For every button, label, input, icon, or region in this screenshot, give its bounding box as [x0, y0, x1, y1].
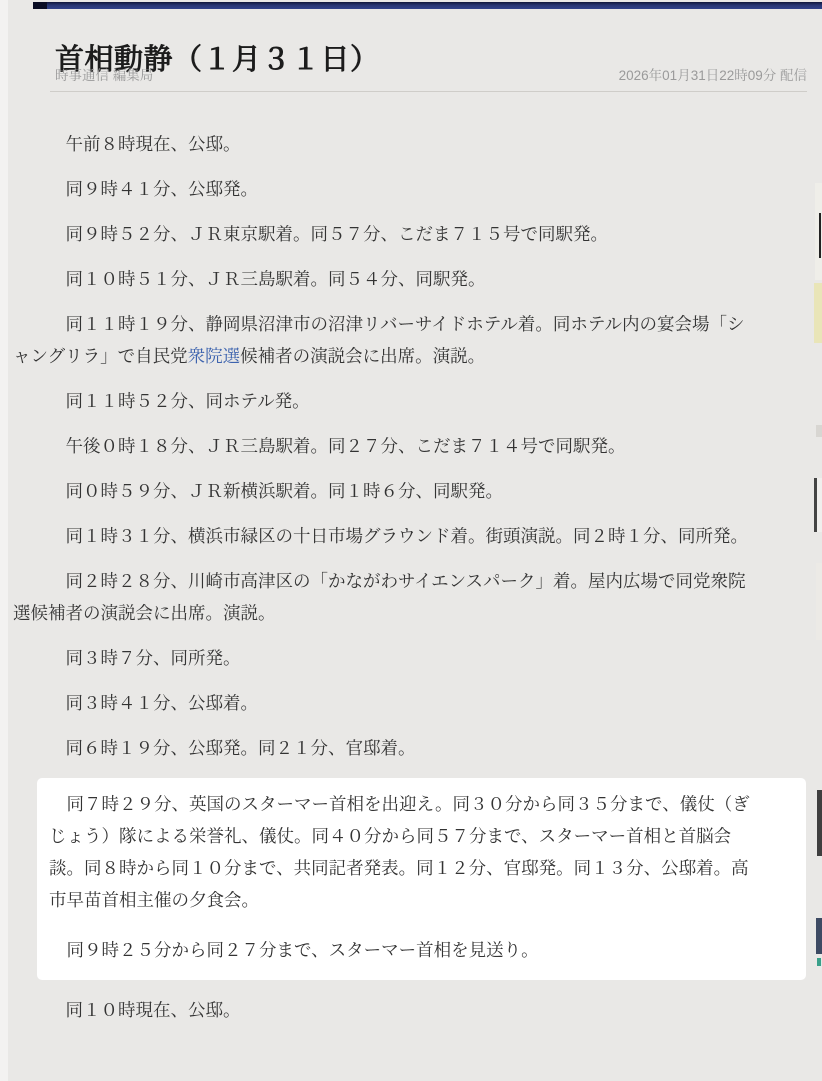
clipped-share-widget-6[interactable] [817, 478, 822, 532]
clipped-share-widget-7[interactable] [816, 563, 822, 640]
page-left-edge-strip [0, 0, 8, 1081]
paragraph-line: 談。同８時から同１０分まで、共同記者発表。同１２分、官邸発。同１３分、公邸着。高 [49, 852, 794, 884]
clipped-share-widget-9[interactable] [816, 918, 822, 954]
clipped-share-widget-3[interactable] [814, 283, 822, 343]
paragraph: 同３時４１分、公邸着。 [13, 687, 806, 719]
paragraph-line: じょう）隊による栄誉礼、儀仗。同４０分から同５７分まで、スターマー首相と首脳会 [49, 820, 794, 852]
paragraph: 同１時３１分、横浜市緑区の十日市場グラウンド着。街頭演説。同２時１分、同所発。 [13, 520, 806, 552]
article-meta-row: 時事通信 編集局 2026年01月31日22時09分 配信 [55, 64, 807, 84]
paragraph-line: 午後０時１８分、ＪＲ三島駅着。同２７分、こだま７１４号で同駅発。 [13, 430, 806, 462]
paragraph-line: 同１０時現在、公邸。 [13, 994, 806, 1026]
paragraph: 同２時２８分、川崎市高津区の「かながわサイエンスパーク」着。屋内広場で同党衆院選… [13, 565, 806, 629]
clipped-share-widget-4[interactable] [816, 425, 822, 437]
paragraph-line: 選候補者の演説会に出席。演説。 [13, 597, 806, 629]
paragraph-line: 同３時４１分、公邸着。 [13, 687, 806, 719]
shuinsen-link[interactable]: 衆院選 [188, 346, 241, 366]
paragraph-line: 同９時４１分、公邸発。 [13, 173, 806, 205]
paragraph-line: 同１１時５２分、同ホテル発。 [13, 385, 806, 417]
paragraph-line: 同１１時１９分、静岡県沼津市の沼津リバーサイドホテル着。同ホテル内の宴会場「シ [13, 308, 806, 340]
header-divider [50, 91, 807, 92]
clipped-share-widget-2[interactable] [819, 213, 821, 258]
paragraph-line: 同９時５２分、ＪＲ東京駅着。同５７分、こだま７１５号で同駅発。 [13, 218, 806, 250]
paragraph-line: 午前８時現在、公邸。 [13, 128, 806, 160]
top-accent-bar-cap [33, 2, 47, 9]
article-body: 午前８時現在、公邸。同９時４１分、公邸発。同９時５２分、ＪＲ東京駅着。同５７分、… [13, 112, 806, 1039]
paragraph-line: 同６時１９分、公邸発。同２１分、官邸着。 [13, 732, 806, 764]
paragraph: 午後０時１８分、ＪＲ三島駅着。同２７分、こだま７１４号で同駅発。 [13, 430, 806, 462]
paragraph: 同１１時１９分、静岡県沼津市の沼津リバーサイドホテル着。同ホテル内の宴会場「シャ… [13, 308, 806, 372]
top-accent-bar [33, 2, 822, 9]
paragraph: 同１０時５１分、ＪＲ三島駅着。同５４分、同駅発。 [13, 263, 806, 295]
paragraph: 同１１時５２分、同ホテル発。 [13, 385, 806, 417]
paragraph-line: 同３時７分、同所発。 [13, 642, 806, 674]
clipped-share-widget-10[interactable] [817, 958, 821, 966]
paragraph-line: 同１０時５１分、ＪＲ三島駅着。同５４分、同駅発。 [13, 263, 806, 295]
paragraph: 同６時１９分、公邸発。同２１分、官邸着。 [13, 732, 806, 764]
paragraph: 同９時２５分から同２７分まで、スターマー首相を見送り。 [49, 934, 794, 966]
highlight-box: 同７時２９分、英国のスターマー首相を出迎え。同３０分から同３５分まで、儀仗（ぎじ… [37, 778, 806, 980]
paragraph: 同３時７分、同所発。 [13, 642, 806, 674]
paragraph-line: 同２時２８分、川崎市高津区の「かながわサイエンスパーク」着。屋内広場で同党衆院 [13, 565, 806, 597]
clipped-share-widget-8[interactable] [817, 790, 822, 856]
dateline: 2026年01月31日22時09分 配信 [619, 64, 807, 84]
paragraph: 同９時５２分、ＪＲ東京駅着。同５７分、こだま７１５号で同駅発。 [13, 218, 806, 250]
paragraph-line: 同９時２５分から同２７分まで、スターマー首相を見送り。 [49, 934, 794, 966]
paragraph-line: 同７時２９分、英国のスターマー首相を出迎え。同３０分から同３５分まで、儀仗（ぎ [49, 788, 794, 820]
paragraph: 同９時４１分、公邸発。 [13, 173, 806, 205]
paragraph: 同１０時現在、公邸。 [13, 994, 806, 1026]
paragraph: 同７時２９分、英国のスターマー首相を出迎え。同３０分から同３５分まで、儀仗（ぎじ… [49, 788, 794, 916]
paragraph: 同０時５９分、ＪＲ新横浜駅着。同１時６分、同駅発。 [13, 475, 806, 507]
byline: 時事通信 編集局 [55, 64, 153, 84]
paragraph-line: 同０時５９分、ＪＲ新横浜駅着。同１時６分、同駅発。 [13, 475, 806, 507]
paragraph-line: ャングリラ」で自民党衆院選候補者の演説会に出席。演説。 [13, 340, 806, 372]
paragraph-line: 市早苗首相主催の夕食会。 [49, 884, 794, 916]
paragraph-line: 同１時３１分、横浜市緑区の十日市場グラウンド着。街頭演説。同２時１分、同所発。 [13, 520, 806, 552]
paragraph: 午前８時現在、公邸。 [13, 128, 806, 160]
